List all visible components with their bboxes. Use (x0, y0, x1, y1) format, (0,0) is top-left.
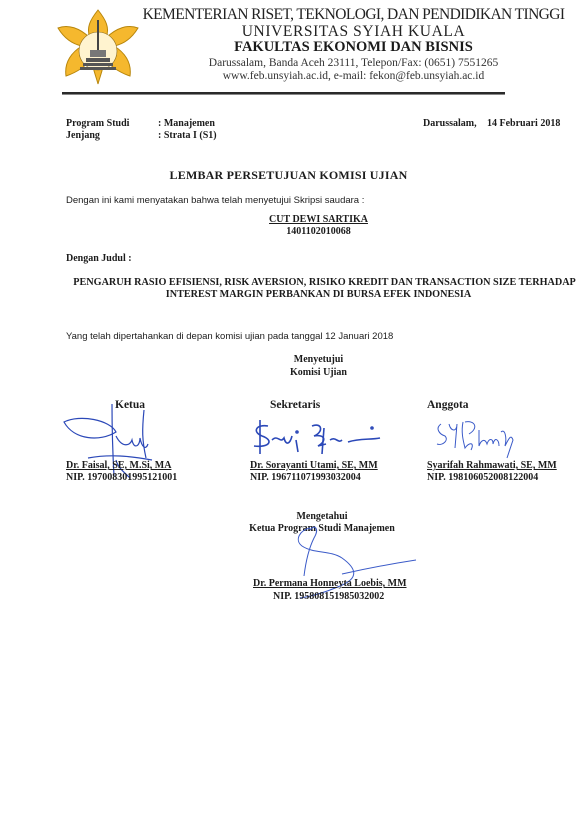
chair-name: Dr. Faisal, SE, M.Si, MA (66, 460, 171, 471)
secretary-nip: NIP. 196711071993032004 (250, 472, 361, 483)
thesis-title-line1: PENGARUH RASIO EFISIENSI, RISK AVERSION,… (66, 277, 577, 288)
level-label: Jenjang (66, 130, 100, 141)
head-name: Dr. Permana Honneyta Loebis, MM (253, 578, 407, 589)
head-nip: NIP. 195808151985032002 (273, 591, 384, 602)
university-logo (54, 6, 142, 86)
secretary-role: Sekretaris (270, 399, 320, 411)
thesis-title-line2: INTEREST MARGIN PERBANKAN DI BURSA EFEK … (0, 289, 577, 300)
document-title: LEMBAR PERSETUJUAN KOMISI UJIAN (0, 168, 577, 183)
defense-text: Yang telah dipertahankan di depan komisi… (66, 331, 393, 342)
secretary-signature-icon (250, 418, 390, 458)
member-role: Anggota (427, 399, 469, 411)
document-place: Darussalam, (423, 118, 477, 129)
document-date: 14 Februari 2018 (487, 118, 560, 129)
level-value: : Strata I (S1) (158, 130, 217, 141)
member-name: Syarifah Rahmawati, SE, MM (427, 460, 557, 471)
approval-line2: Komisi Ujian (0, 367, 577, 378)
student-name: CUT DEWI SARTIKA (0, 214, 577, 225)
thesis-label: Dengan Judul : (66, 253, 132, 264)
faculty-address: Darussalam, Banda Aceh 23111, Telepon/Fa… (130, 57, 577, 69)
university-emblem-icon (54, 6, 142, 86)
member-nip: NIP. 198106052008122004 (427, 472, 538, 483)
student-id: 1401102010068 (0, 226, 577, 237)
approval-line1: Menyetujui (0, 354, 577, 365)
program-value: : Manajemen (158, 118, 215, 129)
program-label: Program Studi (66, 118, 129, 129)
intro-text: Dengan ini kami menyatakan bahwa telah m… (66, 195, 364, 206)
faculty-name: FAKULTAS EKONOMI DAN BISNIS (130, 39, 577, 56)
letterhead-divider (62, 92, 505, 95)
member-signature-icon (435, 418, 525, 460)
faculty-contact: www.feb.unsyiah.ac.id, e-mail: fekon@feb… (130, 70, 577, 82)
chair-nip: NIP. 197008301995121001 (66, 472, 177, 483)
secretary-name: Dr. Sorayanti Utami, SE, MM (250, 460, 378, 471)
ministry-name: KEMENTERIAN RISET, TEKNOLOGI, DAN PENDID… (130, 6, 577, 24)
